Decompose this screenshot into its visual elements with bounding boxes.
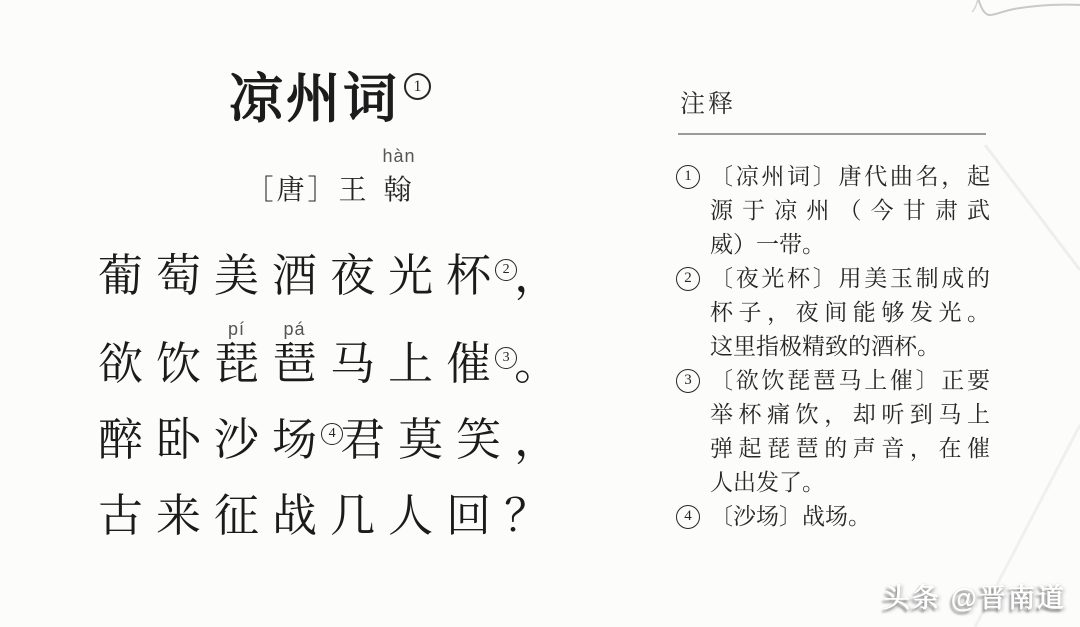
poem-punctuation: ，: [514, 250, 559, 302]
author-name: 翰: [384, 175, 415, 206]
note-line: 杯子，夜间能够发光。: [710, 296, 990, 330]
poem-line: 葡萄美酒夜光杯2，: [98, 250, 618, 302]
note-item: 1〔凉州词〕唐代曲名，起源于凉州（今甘肃武威）一带。: [676, 160, 990, 262]
branch-icon: [972, 0, 1080, 15]
poem-line: 醉卧沙场4君莫笑，: [98, 414, 618, 466]
poem-char: 琵pí: [214, 338, 259, 390]
note-line: 〔欲饮琵琶马上催〕正要: [710, 364, 990, 398]
poem-char: 卧: [156, 414, 201, 466]
poem-punctuation: 。: [514, 338, 559, 390]
poem-char: 君: [340, 414, 385, 466]
poem-title: 凉州词: [229, 69, 400, 129]
note-line: 举杯痛饮，却听到马上: [710, 398, 990, 432]
poem-char: 来: [156, 490, 201, 542]
note-marker-2: 2: [676, 267, 700, 291]
note-line: 源于凉州（今甘肃武: [710, 194, 990, 228]
author-row: ［唐］王hàn翰: [0, 168, 660, 208]
note-item: 3〔欲饮琵琶马上催〕正要举杯痛饮，却听到马上弹起琵琶的声音，在催人出发了。: [676, 364, 990, 500]
poem-char: 几: [330, 490, 375, 542]
note-ref-circle-2: 2: [495, 259, 517, 281]
notes-list: 1〔凉州词〕唐代曲名，起源于凉州（今甘肃武威）一带。2〔夜光杯〕用美玉制成的杯子…: [676, 160, 990, 534]
poem-body: 葡萄美酒夜光杯2，欲饮琵pí琶pá马上催3。醉卧沙场4君莫笑，古来征战几人回？: [98, 250, 618, 542]
poem-punctuation: ，: [514, 414, 559, 466]
note-line: 〔夜光杯〕用美玉制成的: [710, 262, 990, 296]
poem-punctuation: ？: [504, 490, 549, 542]
notes-divider: [678, 133, 986, 135]
note-marker-1: 1: [676, 165, 700, 189]
poem-char: 上: [388, 338, 433, 390]
poem-char: 马: [330, 338, 375, 390]
note-line: 这里指极精致的酒杯。: [710, 330, 990, 364]
poem-char: 醉: [98, 414, 143, 466]
poem-char: 杯: [446, 250, 491, 302]
poem-char: 战: [272, 490, 317, 542]
note-item: 2〔夜光杯〕用美玉制成的杯子，夜间能够发光。这里指极精致的酒杯。: [676, 262, 990, 364]
note-marker-3: 3: [676, 369, 700, 393]
poem-char: 美: [214, 250, 259, 302]
note-ref-circle-1: 1: [404, 73, 431, 100]
note-line: 威）一带。: [710, 228, 990, 262]
watermark: 头条 @晋南道: [883, 576, 1066, 615]
note-line: 弹起琵琶的声音，在催: [710, 432, 990, 466]
poem-char: 人: [388, 490, 433, 542]
poem-title-row: 凉州词1: [0, 68, 660, 130]
poem-char: 萄: [156, 250, 201, 302]
notes-heading: 注释: [680, 84, 736, 120]
author-name-ruby: hàn翰: [384, 168, 415, 208]
note-line: 人出发了。: [710, 466, 990, 500]
note-marker-4: 4: [676, 505, 700, 529]
author-dynasty: ［唐］王: [245, 175, 369, 206]
page: { "poem_panel": { "title": "凉州词", "title…: [0, 0, 1080, 627]
poem-char: 催: [446, 338, 491, 390]
poem-line: 欲饮琵pí琶pá马上催3。: [98, 338, 618, 390]
poem-char: 回: [446, 490, 491, 542]
note-item: 4〔沙场〕战场。: [676, 500, 990, 534]
poem-char: 征: [214, 490, 259, 542]
poem-char: 场: [272, 414, 317, 466]
poem-char: 沙: [214, 414, 259, 466]
pinyin-annotation: pí: [228, 320, 245, 338]
poem-char: 欲: [98, 338, 143, 390]
poem-char: 葡: [98, 250, 143, 302]
pinyin-annotation: pá: [284, 320, 306, 338]
poem-char: 莫: [398, 414, 443, 466]
poem-char: 笑: [456, 414, 501, 466]
poem-char: 夜: [330, 250, 375, 302]
poem-char: 酒: [272, 250, 317, 302]
note-line: 〔沙场〕战场。: [710, 500, 990, 534]
note-line: 〔凉州词〕唐代曲名，起: [710, 160, 990, 194]
poem-char: 琶pá: [272, 338, 317, 390]
pinyin-annotation: hàn: [382, 147, 415, 165]
poem-char: 饮: [156, 338, 201, 390]
note-ref-circle-3: 3: [495, 347, 517, 369]
poem-char: 光: [388, 250, 433, 302]
poem-line: 古来征战几人回？: [98, 490, 618, 542]
poem-char: 古: [98, 490, 143, 542]
